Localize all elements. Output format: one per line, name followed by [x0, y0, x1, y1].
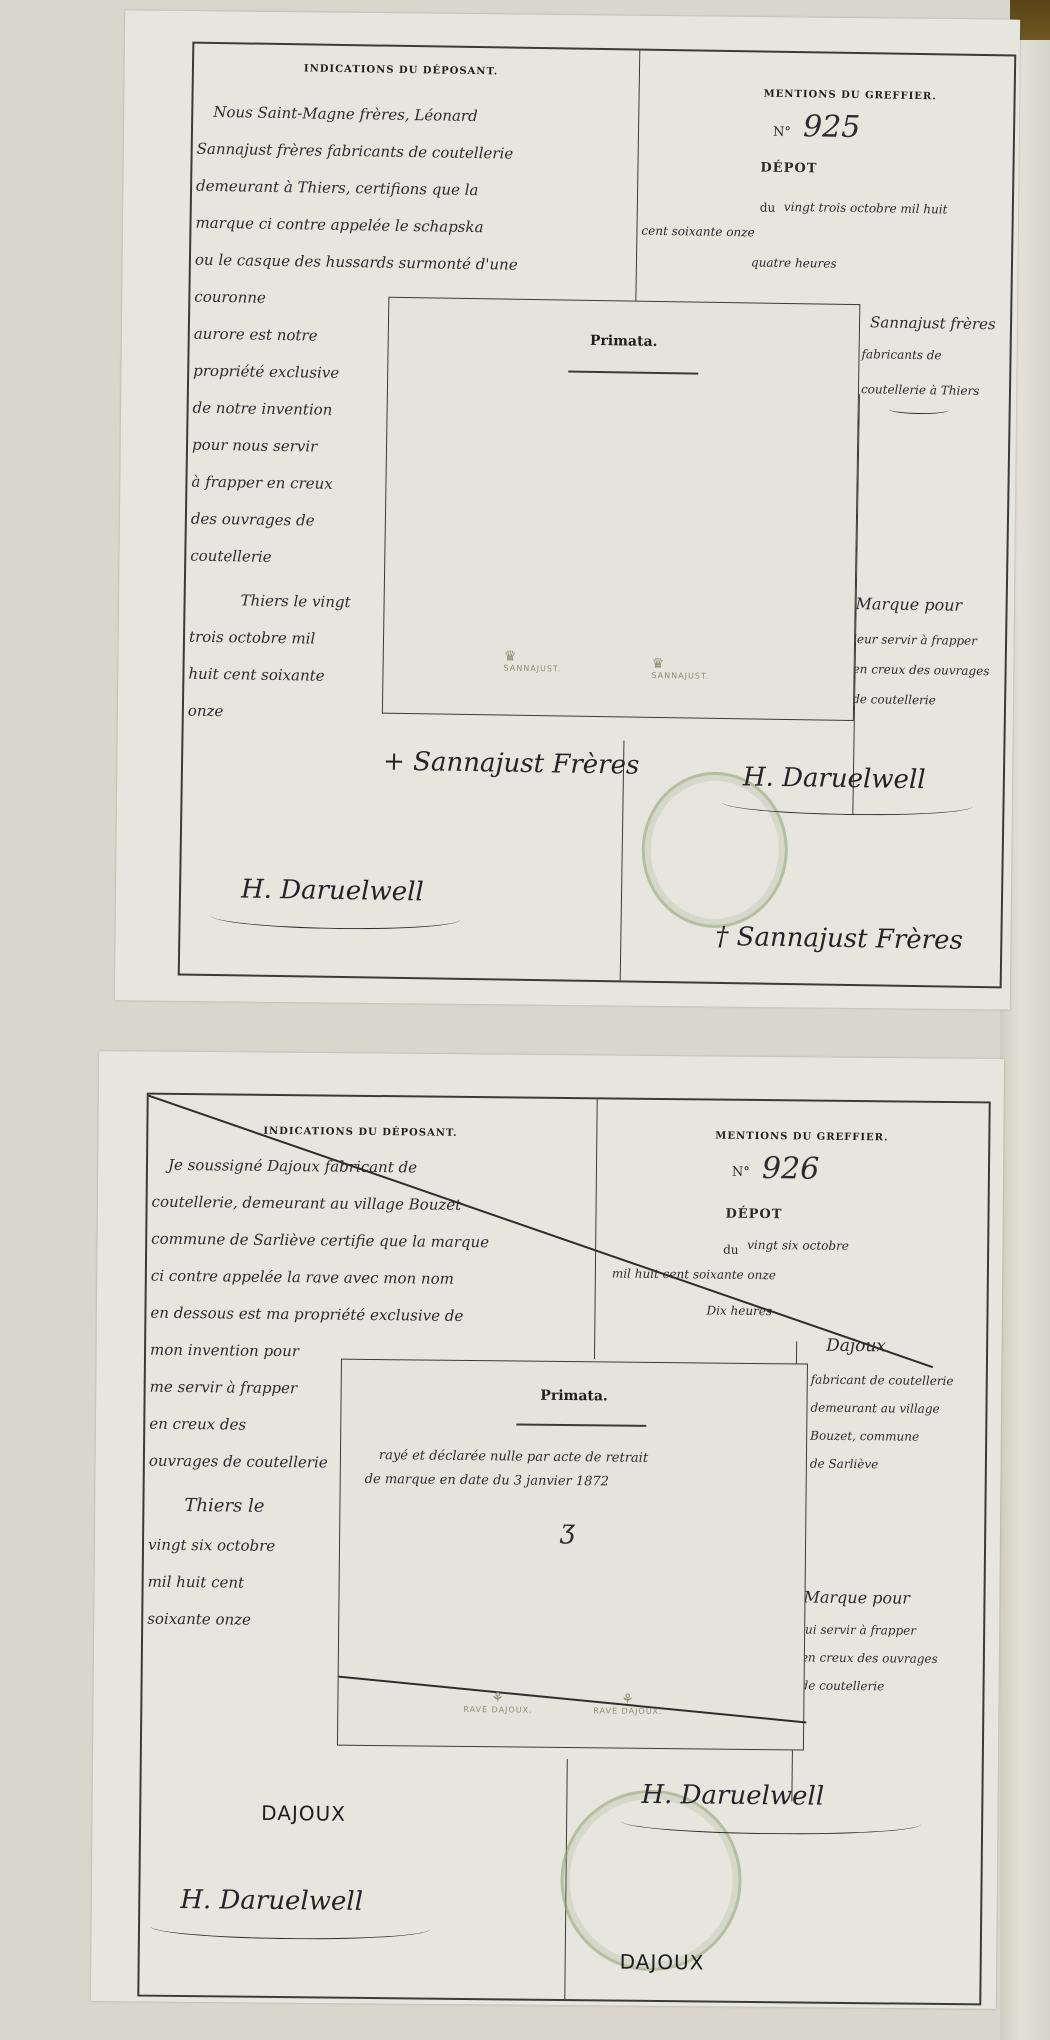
- clerk-signature-right: H. Daruelwell: [641, 1780, 824, 1812]
- declaration-line: pour nous servir: [192, 427, 318, 466]
- declaration-line: couronne: [194, 279, 266, 317]
- declaration-line: coutellerie, demeurant au village Bouzet: [151, 1184, 461, 1224]
- depot-label: DÉPOT: [760, 161, 817, 177]
- declaration-line: ci contre appelée la rave avec mon nom: [151, 1258, 454, 1298]
- signed-place-date: onze: [188, 693, 224, 731]
- depositor-printed-name-right: DAJOUX: [620, 1950, 705, 1975]
- clerk-signature-left: H. Daruelwell: [241, 874, 424, 907]
- crown-icon: ♛: [652, 657, 710, 672]
- clerk-signature-right: H. Daruelwell: [743, 762, 926, 795]
- declaration-line: à frapper en creux: [191, 464, 333, 503]
- mark-purpose-line: lui servir à frapper: [801, 1619, 916, 1640]
- primata-box: Primata. rayé et déclarée nulle par acte…: [337, 1359, 808, 1751]
- cancellation-note-line: de marque en date du 3 janvier 1872: [365, 1470, 609, 1493]
- trademark-stamp-impression: ⚘ RAVE DAJOUX.: [463, 1691, 533, 1715]
- signed-place-date: Thiers le: [184, 1487, 264, 1525]
- declaration-line: en creux des: [149, 1406, 246, 1444]
- trademark-stamp-impression: ⚘ RAVE DAJOUX.: [593, 1692, 663, 1716]
- registrant-line: de Sarliève: [810, 1454, 879, 1475]
- primata-underline: [516, 1423, 646, 1426]
- primata-box: Primata. ♛ SANNAJUST. ♛ SANNAJUST.: [382, 297, 860, 721]
- declaration-line: demeurant à Thiers, certifions que la: [196, 168, 479, 209]
- declaration-line: coutellerie: [190, 538, 272, 576]
- registrant-line: demeurant au village: [810, 1398, 939, 1419]
- depot-date-line-2: cent soixante onze: [641, 221, 754, 243]
- declaration-line: de notre invention: [192, 390, 332, 429]
- depot-date-line-1: vingt six octobre: [747, 1235, 849, 1256]
- depot-label: DÉPOT: [725, 1207, 782, 1223]
- depot-time: quatre heures: [751, 252, 837, 273]
- mark-purpose-line: de coutellerie: [800, 1675, 884, 1696]
- primata-underline: [568, 371, 698, 375]
- depot-date-line-2: mil huit cent soixante onze: [612, 1263, 776, 1285]
- registrant-line: fabricant de coutellerie: [811, 1370, 954, 1391]
- depositor-header: INDICATIONS DU DÉPOSANT.: [304, 63, 498, 77]
- du-label: du: [723, 1243, 739, 1257]
- declaration-line: Je soussigné Dajoux fabricant de: [168, 1147, 417, 1187]
- mark-purpose-line: Marque pour: [855, 594, 962, 616]
- signed-place-date: soixante onze: [147, 1601, 251, 1639]
- declaration-line: mon invention pour: [150, 1332, 299, 1371]
- declaration-line: en dessous est ma propriété exclusive de: [150, 1295, 463, 1335]
- signed-place-date: mil huit cent: [147, 1564, 244, 1602]
- number-label: N°: [773, 125, 791, 140]
- depositor-header: INDICATIONS DU DÉPOSANT.: [263, 1126, 457, 1139]
- mark-purpose-line: Marque pour: [803, 1588, 910, 1609]
- registrant-line: coutellerie à Thiers: [861, 379, 980, 401]
- trademark-stamp-impression: ♛ SANNAJUST.: [504, 650, 562, 674]
- mark-purpose-line: en creux des ouvrages: [852, 659, 989, 681]
- declaration-line: propriété exclusive: [193, 353, 340, 392]
- flourish: [889, 405, 949, 415]
- declaration-line: Sannajust frères fabricants de couteller…: [196, 131, 513, 173]
- depot-date-line-1: vingt trois octobre mil huit: [784, 197, 948, 220]
- trademark-stamp-impression: ♛ SANNAJUST.: [651, 657, 709, 681]
- turnip-icon: ⚘: [593, 1692, 662, 1707]
- registrant-line: fabricants de: [861, 344, 941, 365]
- depositor-printed-name: DAJOUX: [261, 1801, 346, 1826]
- depositor-signature: + Sannajust Frères: [383, 747, 640, 781]
- mark-purpose-line: de coutellerie: [852, 689, 936, 710]
- declaration-line: me servir à frapper: [149, 1369, 297, 1408]
- mark-purpose-line: leur servir à frapper: [853, 629, 977, 651]
- column-divider: [594, 1099, 598, 1359]
- cancellation-strike-line: [339, 1676, 807, 1723]
- declaration-line: ou le casque des hussards surmonté d'une: [195, 242, 518, 284]
- declaration-line: commune de Sarliève certifie que la marq…: [151, 1221, 489, 1262]
- signed-place-date: trois octobre mil: [189, 619, 316, 658]
- declaration-line: aurore est notre: [194, 316, 318, 355]
- declaration-line: marque ci contre appelée le schapska: [195, 205, 484, 247]
- depositor-signature-right: † Sannajust Frères: [715, 922, 963, 956]
- form-926: INDICATIONS DU DÉPOSANT. MENTIONS DU GRE…: [137, 1093, 990, 2006]
- clerk-initial: ʒ: [560, 1512, 575, 1549]
- signature-flourish: [150, 1915, 430, 1941]
- registrant-line: Dajoux: [826, 1336, 886, 1357]
- declaration-line: des ouvrages de: [191, 501, 315, 540]
- column-divider: [635, 51, 640, 306]
- number-label: N°: [732, 1165, 750, 1180]
- cancellation-note-line: rayé et déclarée nulle par acte de retra…: [379, 1446, 648, 1469]
- deposit-number: 926: [762, 1151, 820, 1187]
- signed-place-date: Thiers le vingt: [240, 582, 351, 621]
- registrant-line: Bouzet, commune: [810, 1426, 919, 1447]
- signature-flourish: [210, 904, 460, 931]
- du-label: du: [760, 201, 776, 215]
- turnip-icon: ⚘: [463, 1691, 532, 1706]
- clerk-header: MENTIONS DU GREFFIER.: [764, 89, 937, 103]
- clerk-signature-left: H. Daruelwell: [180, 1885, 363, 1917]
- mark-purpose-line: en creux des ouvrages: [801, 1647, 938, 1668]
- form-925: INDICATIONS DU DÉPOSANT. MENTIONS DU GRE…: [178, 42, 1017, 989]
- depot-time: Dix heures: [706, 1300, 772, 1321]
- deposit-number: 925: [803, 109, 861, 145]
- clerk-header: MENTIONS DU GREFFIER.: [715, 1131, 888, 1144]
- signed-place-date: huit cent soixante: [188, 656, 325, 695]
- primata-title: Primata.: [342, 1386, 807, 1407]
- declaration-line: Nous Saint-Magne frères, Léonard: [213, 94, 478, 135]
- signed-place-date: vingt six octobre: [148, 1527, 276, 1565]
- declaration-line: ouvrages de coutellerie: [149, 1443, 328, 1482]
- registrant-line: Sannajust frères: [870, 312, 996, 334]
- crown-icon: ♛: [504, 650, 562, 665]
- primata-title: Primata.: [389, 330, 859, 353]
